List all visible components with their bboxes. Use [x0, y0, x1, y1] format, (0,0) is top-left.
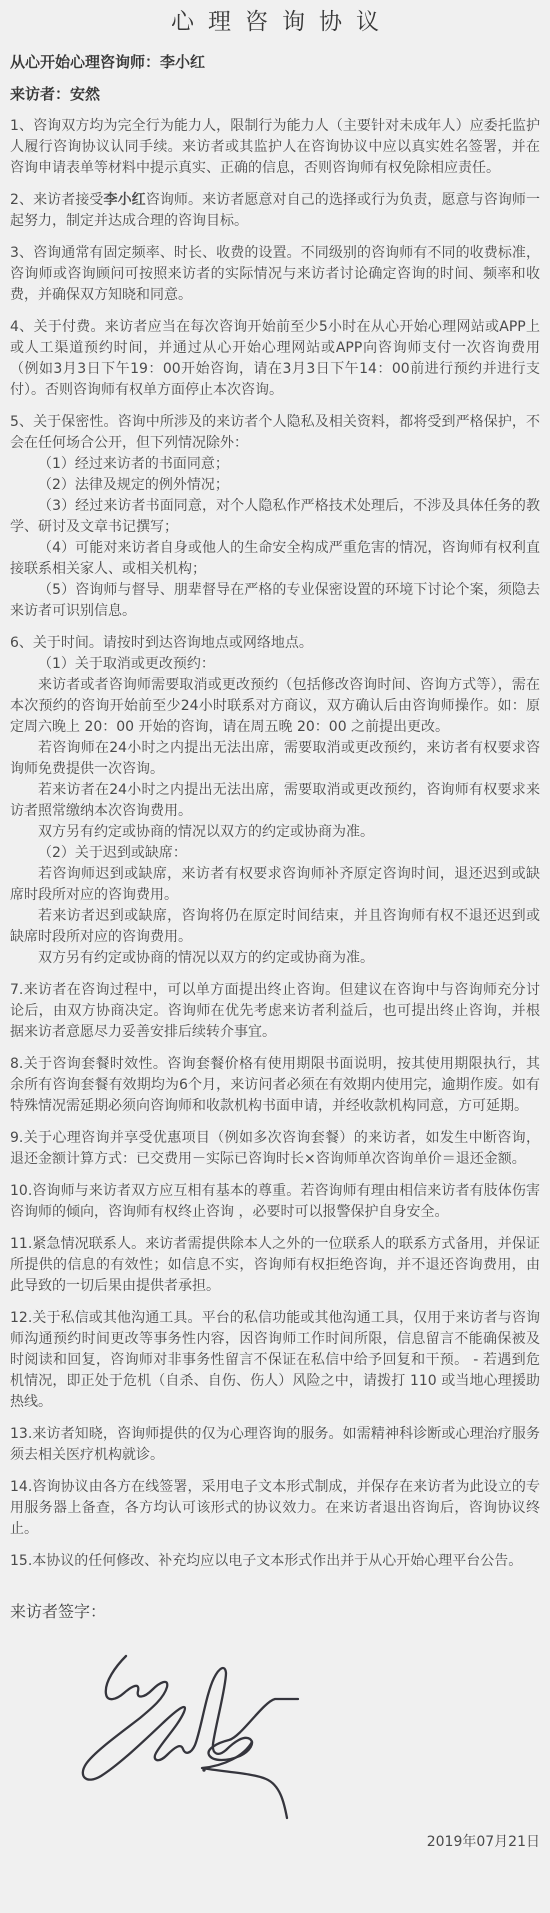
- clause: 9.关于心理咨询并享受优惠项目（例如多次咨询套餐）的来访者，如发生中断咨询，退还…: [10, 1128, 540, 1170]
- clause-block: （5）咨询师与督导、朋辈督导在严格的专业保密设置的环境下讨论个案，须隐去来访者可…: [10, 580, 540, 622]
- clause-text: （4）可能对来访者自身或他人的生命安全构成严重危害的情况，咨询师有权利直接联系相…: [10, 540, 540, 577]
- clause-list: 1、咨询双方均为完全行为能力人，限制行为能力人（主要针对未成年人）应委托监护人履…: [10, 116, 540, 1572]
- clause-text: 双方另有约定或协商的情况以双方的约定或协商为准。: [38, 824, 374, 840]
- clause: 13.来访者知晓，咨询师提供的仅为心理咨询的服务。如需精神科诊断或心理治疗服务须…: [10, 1424, 540, 1466]
- clause-block: 5、关于保密性。咨询中所涉及的来访者个人隐私及相关资料，都将受到严格保护，不会在…: [10, 412, 540, 454]
- clause-text: 3、咨询通常有固定频率、时长、收费的设置。不同级别的咨询师有不同的收费标准，咨询…: [10, 245, 540, 303]
- clause-block: 8.关于咨询套餐时效性。咨询套餐价格有使用期限书面说明，按其使用期限执行，其余所…: [10, 1054, 540, 1117]
- clause: 1、咨询双方均为完全行为能力人，限制行为能力人（主要针对未成年人）应委托监护人履…: [10, 116, 540, 179]
- clause: 8.关于咨询套餐时效性。咨询套餐价格有使用期限书面说明，按其使用期限执行，其余所…: [10, 1054, 540, 1117]
- clause-block: （3）经过来访者书面同意，对个人隐私作严格技术处理后，不涉及具体任务的教学、研讨…: [10, 496, 540, 538]
- clause-text: （5）咨询师与督导、朋辈督导在严格的专业保密设置的环境下讨论个案，须隐去来访者可…: [10, 582, 540, 619]
- clause-block: （4）可能对来访者自身或他人的生命安全构成严重危害的情况，咨询师有权利直接联系相…: [10, 538, 540, 580]
- clause: 11.紧急情况联系人。来访者需提供除本人之外的一位联系人的联系方式备用，并保证所…: [10, 1234, 540, 1297]
- clause-text: 9.关于心理咨询并享受优惠项目（例如多次咨询套餐）的来访者，如发生中断咨询，退还…: [10, 1130, 540, 1167]
- signature-label: 来访者签字：: [10, 1600, 540, 1624]
- clause-block: 1、咨询双方均为完全行为能力人，限制行为能力人（主要针对未成年人）应委托监护人履…: [10, 116, 540, 179]
- clause-block: 14.咨询协议由各方在线签署，采用电子文本形式制成，并保存在来访者为此设立的专用…: [10, 1477, 540, 1540]
- counselor-name-inline: 李小红: [104, 192, 146, 208]
- clause-block: （2）关于迟到或缺席：: [10, 843, 540, 864]
- clause-text: 来访者或者咨询师需要取消或更改预约（包括修改咨询时间、咨询方式等），需在本次预约…: [10, 677, 540, 735]
- clause: 2、来访者接受李小红咨询师。来访者愿意对自己的选择或行为负责，愿意与咨询师一起努…: [10, 190, 540, 232]
- clause-text: （2）法律及规定的例外情况；: [38, 477, 229, 493]
- counselor-line: 从心开始心理咨询师：李小红: [10, 52, 540, 73]
- clause-text: （1）关于取消或更改预约：: [38, 656, 215, 672]
- clause-block: 3、咨询通常有固定频率、时长、收费的设置。不同级别的咨询师有不同的收费标准，咨询…: [10, 243, 540, 306]
- clause-block: 13.来访者知晓，咨询师提供的仅为心理咨询的服务。如需精神科诊断或心理治疗服务须…: [10, 1424, 540, 1466]
- clause-text: 12.关于私信或其他沟通工具。平台的私信功能或其他沟通工具，仅用于来访者与咨询师…: [10, 1310, 540, 1410]
- clause-text: 5、关于保密性。咨询中所涉及的来访者个人隐私及相关资料，都将受到严格保护，不会在…: [10, 414, 540, 451]
- clause: 7.来访者在咨询过程中，可以单方面提出终止咨询。但建议在咨询中与咨询师充分讨论后…: [10, 980, 540, 1043]
- clause-block: （1）关于取消或更改预约：: [10, 654, 540, 675]
- document-title: 心理咨询协议: [10, 6, 550, 38]
- clause-text: 8.关于咨询套餐时效性。咨询套餐价格有使用期限书面说明，按其使用期限执行，其余所…: [10, 1056, 540, 1114]
- visitor-name: 安然: [70, 85, 100, 103]
- clause: 3、咨询通常有固定频率、时长、收费的设置。不同级别的咨询师有不同的收费标准，咨询…: [10, 243, 540, 306]
- clause: 4、关于付费。来访者应当在每次咨询开始前至少5小时在从心开始心理网站或APP上或…: [10, 317, 540, 401]
- clause-text: 6、关于时间。请按时到达咨询地点或网络地点。: [10, 635, 313, 651]
- clause-block: 若来访者迟到或缺席，咨询将仍在原定时间结束，并且咨询师有权不退还迟到或缺席时段所…: [10, 906, 540, 948]
- clause-block: 9.关于心理咨询并享受优惠项目（例如多次咨询套餐）的来访者，如发生中断咨询，退还…: [10, 1128, 540, 1170]
- clause-block: 来访者或者咨询师需要取消或更改预约（包括修改咨询时间、咨询方式等），需在本次预约…: [10, 675, 540, 738]
- counselor-label: 从心开始心理咨询师：: [10, 53, 160, 71]
- clause-block: 4、关于付费。来访者应当在每次咨询开始前至少5小时在从心开始心理网站或APP上或…: [10, 317, 540, 401]
- clause-text: （3）经过来访者书面同意，对个人隐私作严格技术处理后，不涉及具体任务的教学、研讨…: [10, 498, 540, 535]
- clause-block: 若咨询师在24小时之内提出无法出席，需要取消或更改预约，来访者有权要求咨询师免费…: [10, 738, 540, 780]
- counselor-name: 李小红: [160, 53, 205, 71]
- clause-text: 11.紧急情况联系人。来访者需提供除本人之外的一位联系人的联系方式备用，并保证所…: [10, 1236, 540, 1294]
- clause-text: 若来访者在24小时之内提出无法出席，需要取消或更改预约，咨询师有权要求来访者照常…: [10, 782, 540, 819]
- clause: 14.咨询协议由各方在线签署，采用电子文本形式制成，并保存在来访者为此设立的专用…: [10, 1477, 540, 1540]
- clause-text: 1、咨询双方均为完全行为能力人，限制行为能力人（主要针对未成年人）应委托监护人履…: [10, 118, 540, 176]
- clause-block: 若咨询师迟到或缺席，来访者有权要求咨询师补齐原定咨询时间，退还迟到或缺席时段所对…: [10, 864, 540, 906]
- signature-date: 2019年07月21日: [10, 1832, 540, 1853]
- clause-block: 7.来访者在咨询过程中，可以单方面提出终止咨询。但建议在咨询中与咨询师充分讨论后…: [10, 980, 540, 1043]
- clause-text: 若咨询师在24小时之内提出无法出席，需要取消或更改预约，来访者有权要求咨询师免费…: [10, 740, 540, 777]
- clause: 10.咨询师与来访者双方应互相有基本的尊重。若咨询师有理由相信来访者有肢体伤害咨…: [10, 1181, 540, 1223]
- clause-text: 13.来访者知晓，咨询师提供的仅为心理咨询的服务。如需精神科诊断或心理治疗服务须…: [10, 1426, 540, 1463]
- signature-scribble-icon: [38, 1642, 310, 1824]
- clause-block: 12.关于私信或其他沟通工具。平台的私信功能或其他沟通工具，仅用于来访者与咨询师…: [10, 1308, 540, 1413]
- clause-text: （2）关于迟到或缺席：: [38, 845, 187, 861]
- clause-text: 15.本协议的任何修改、补充均应以电子文本形式作出并于从心开始心理平台公告。: [10, 1553, 522, 1569]
- clause: 12.关于私信或其他沟通工具。平台的私信功能或其他沟通工具，仅用于来访者与咨询师…: [10, 1308, 540, 1413]
- visitor-line: 来访者：安然: [10, 84, 540, 105]
- clause-block: 若来访者在24小时之内提出无法出席，需要取消或更改预约，咨询师有权要求来访者照常…: [10, 780, 540, 822]
- clause-text: 10.咨询师与来访者双方应互相有基本的尊重。若咨询师有理由相信来访者有肢体伤害咨…: [10, 1183, 540, 1220]
- clause-block: 11.紧急情况联系人。来访者需提供除本人之外的一位联系人的联系方式备用，并保证所…: [10, 1234, 540, 1297]
- visitor-label: 来访者：: [10, 85, 70, 103]
- clause-block: （1）经过来访者的书面同意；: [10, 454, 540, 475]
- clause-text: 4、关于付费。来访者应当在每次咨询开始前至少5小时在从心开始心理网站或APP上或…: [10, 319, 540, 398]
- clause: 15.本协议的任何修改、补充均应以电子文本形式作出并于从心开始心理平台公告。: [10, 1551, 540, 1572]
- clause-block: 双方另有约定或协商的情况以双方的约定或协商为准。: [10, 822, 540, 843]
- clause-text: 7.来访者在咨询过程中，可以单方面提出终止咨询。但建议在咨询中与咨询师充分讨论后…: [10, 982, 540, 1040]
- clause-text: 若来访者迟到或缺席，咨询将仍在原定时间结束，并且咨询师有权不退还迟到或缺席时段所…: [10, 908, 540, 945]
- visitor-signature: [38, 1642, 318, 1826]
- clause-text: 双方另有约定或协商的情况以双方的约定或协商为准。: [38, 950, 374, 966]
- clause-block: （2）法律及规定的例外情况；: [10, 475, 540, 496]
- clause: 5、关于保密性。咨询中所涉及的来访者个人隐私及相关资料，都将受到严格保护，不会在…: [10, 412, 540, 622]
- agreement-document: 心理咨询协议 从心开始心理咨询师：李小红 来访者：安然 1、咨询双方均为完全行为…: [0, 0, 550, 1913]
- clause: 6、关于时间。请按时到达咨询地点或网络地点。（1）关于取消或更改预约：来访者或者…: [10, 633, 540, 969]
- clause-block: 15.本协议的任何修改、补充均应以电子文本形式作出并于从心开始心理平台公告。: [10, 1551, 540, 1572]
- clause-text: 2、来访者接受: [10, 192, 104, 208]
- clause-text: 14.咨询协议由各方在线签署，采用电子文本形式制成，并保存在来访者为此设立的专用…: [10, 1479, 540, 1537]
- clause-text: 若咨询师迟到或缺席，来访者有权要求咨询师补齐原定咨询时间，退还迟到或缺席时段所对…: [10, 866, 540, 903]
- clause-block: 双方另有约定或协商的情况以双方的约定或协商为准。: [10, 948, 540, 969]
- clause-block: 2、来访者接受李小红咨询师。来访者愿意对自己的选择或行为负责，愿意与咨询师一起努…: [10, 190, 540, 232]
- clause-block: 6、关于时间。请按时到达咨询地点或网络地点。: [10, 633, 540, 654]
- clause-block: 10.咨询师与来访者双方应互相有基本的尊重。若咨询师有理由相信来访者有肢体伤害咨…: [10, 1181, 540, 1223]
- clause-text: （1）经过来访者的书面同意；: [38, 456, 229, 472]
